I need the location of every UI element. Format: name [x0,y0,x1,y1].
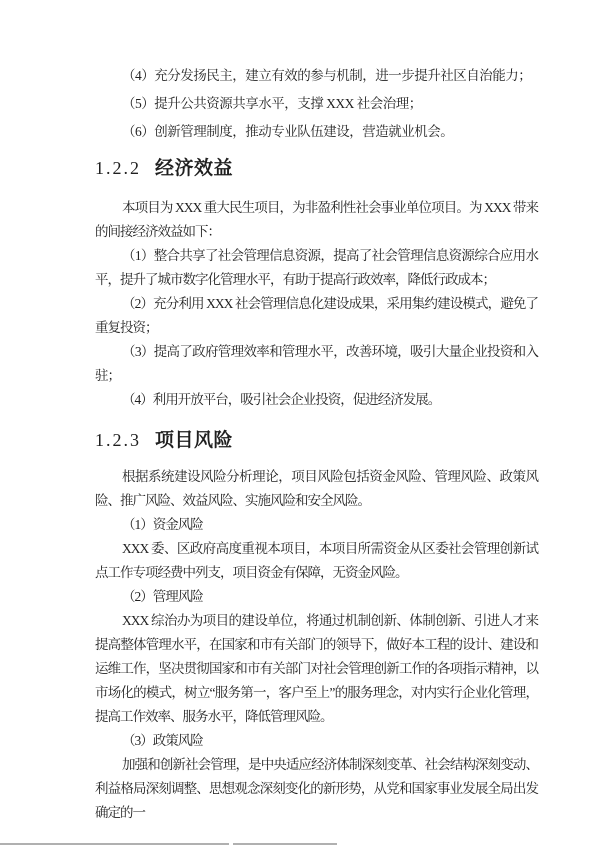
list-item: （6）创新管理制度，推动专业队伍建设，营造就业机会。 [95,118,538,146]
paragraph: 本项目为 XXX 重大民生项目，为非盈利性社会事业单位项目。为 XXX 带来的间… [95,196,538,244]
section-number: 1.2.3 [95,430,141,450]
paragraph: XXX 委、区政府高度重视本项目，本项目所需资金从区委社会管理创新试点工作专项经… [95,537,538,585]
paragraph: XXX 综治办为项目的建设单位，将通过机制创新、体制创新、引进人才来提高整体管理… [95,609,538,729]
section-economic-body: 本项目为 XXX 重大民生项目，为非盈利性社会事业单位项目。为 XXX 带来的间… [95,196,538,412]
document-content: （4）充分发扬民主，建立有效的参与机制，进一步提升社区自治能力； （5）提升公共… [95,0,538,825]
page-footer-line [233,843,337,845]
section-heading-economic: 1.2.2经济效益 [95,153,538,181]
paragraph: （2）充分利用 XXX 社会管理信息化建设成果，采用集约建设模式，避免了重复投资… [95,292,538,340]
page-footer-line [0,843,229,845]
section-number: 1.2.2 [95,158,141,178]
sub-item-heading: （1）资金风险 [95,513,538,537]
sub-item-heading: （2）管理风险 [95,585,538,609]
section-risk-body: 根据系统建设风险分析理论，项目风险包括资金风险、管理风险、政策风险、推广风险、效… [95,465,538,825]
section-title: 项目风险 [155,430,233,451]
list-item: （5）提升公共资源共享水平，支撑 XXX 社会治理； [95,90,538,118]
paragraph: 加强和创新社会管理，是中央适应经济体制深刻变革、社会结构深刻变动、利益格局深刻调… [95,753,538,825]
document-page: （4）充分发扬民主，建立有效的参与机制，进一步提升社区自治能力； （5）提升公共… [0,0,600,851]
paragraph: （1）整合共享了社会管理信息资源，提高了社会管理信息资源综合应用水平，提升了城市… [95,244,538,292]
paragraph: 根据系统建设风险分析理论，项目风险包括资金风险、管理风险、政策风险、推广风险、效… [95,465,538,513]
carryover-list: （4）充分发扬民主，建立有效的参与机制，进一步提升社区自治能力； （5）提升公共… [95,0,538,146]
paragraph: （4）利用开放平台，吸引社会企业投资，促进经济发展。 [95,388,538,412]
section-heading-risk: 1.2.3项目风险 [95,425,538,453]
section-title: 经济效益 [155,158,233,179]
paragraph: （3）提高了政府管理效率和管理水平，改善环境，吸引大量企业投资和入驻； [95,340,538,388]
sub-item-heading: （3）政策风险 [95,729,538,753]
list-item: （4）充分发扬民主，建立有效的参与机制，进一步提升社区自治能力； [95,62,538,90]
